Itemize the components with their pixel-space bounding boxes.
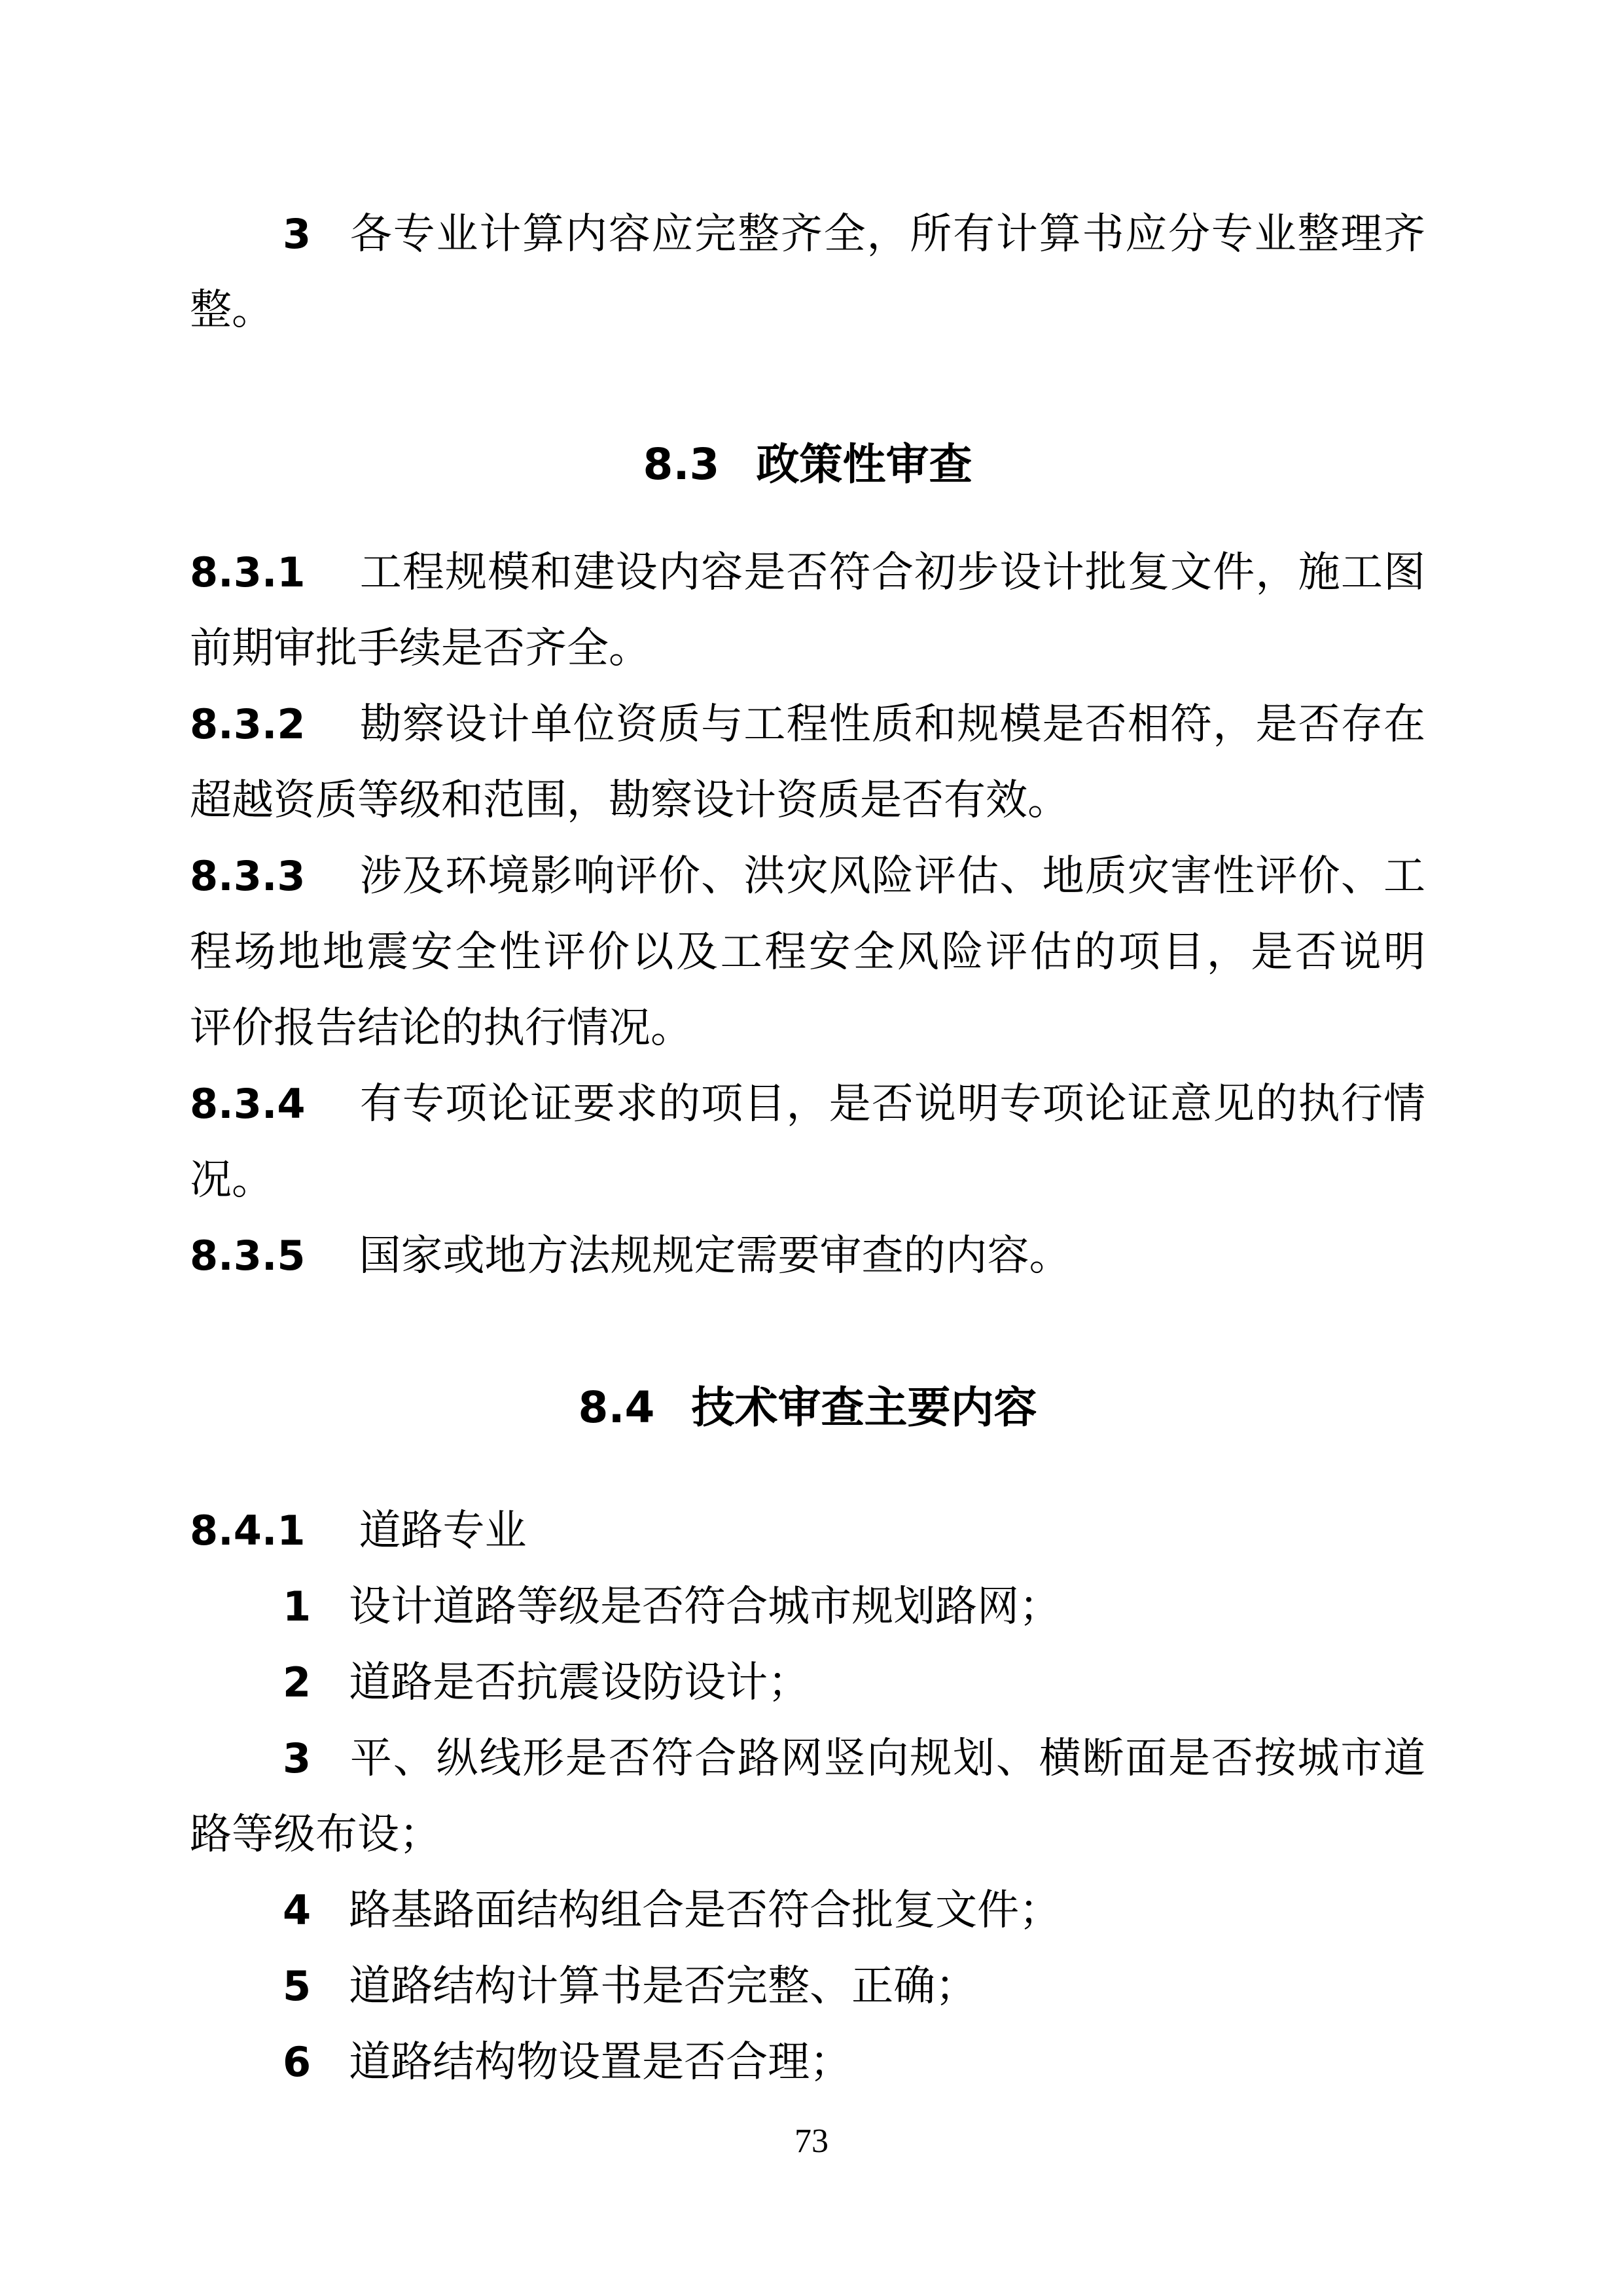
clause-line: 前期审批手续是否齐全。: [190, 611, 1425, 687]
page-content: 3各专业计算内容应完整齐全，所有计算书应分专业整理齐 整。 8.3政策性审查 8…: [0, 0, 1623, 2100]
clause-number: 8.3.2: [190, 700, 359, 748]
clause-8-3-4: 8.3.4有专项论证要求的项目，是否说明专项论证意见的执行情 况。: [190, 1066, 1425, 1218]
section-heading-8-4: 8.4技术审查主要内容: [190, 1370, 1425, 1446]
clause-line: 8.3.3涉及环境影响评价、洪灾风险评估、地质灾害性评价、工: [190, 838, 1425, 914]
clause-8-3-5: 8.3.5国家或地方法规规定需要审查的内容。: [190, 1218, 1425, 1294]
list-item-line: 6道路结构物设置是否合理；: [190, 2024, 1425, 2100]
section-title: 政策性审查: [756, 439, 972, 490]
item-text: 路等级布设；: [190, 1811, 441, 1857]
clause-8-4-1: 8.4.1道路专业: [190, 1493, 1425, 1569]
document-page: 3各专业计算内容应完整齐全，所有计算书应分专业整理齐 整。 8.3政策性审查 8…: [0, 0, 1623, 2296]
clause-line: 8.4.1道路专业: [190, 1493, 1425, 1569]
list-item-line: 路等级布设；: [190, 1797, 1425, 1873]
section-number: 8.3: [643, 439, 757, 490]
clause-text: 涉及环境影响评价、洪灾风险评估、地质灾害性评价、工: [359, 853, 1425, 899]
clause-number: 8.3.1: [190, 548, 359, 596]
item-number: 2: [283, 1659, 349, 1706]
paragraph-line: 整。: [190, 272, 1425, 348]
item-text: 道路结构物设置是否合理；: [349, 2039, 851, 2085]
list-item-2: 2道路是否抗震设防设计；: [190, 1645, 1425, 1721]
section-number: 8.4: [579, 1382, 692, 1433]
list-item-line: 1设计道路等级是否符合城市规划路网；: [190, 1569, 1425, 1645]
clause-line: 程场地地震安全性评价以及工程安全风险评估的项目，是否说明: [190, 914, 1425, 990]
clause-text: 超越资质等级和范围，勘察设计资质是否有效。: [190, 777, 1069, 823]
list-item-line: 4路基路面结构组合是否符合批复文件；: [190, 1873, 1425, 1948]
clause-text: 工程规模和建设内容是否符合初步设计批复文件，施工图: [359, 549, 1425, 596]
clause-line: 8.3.4有专项论证要求的项目，是否说明专项论证意见的执行情: [190, 1066, 1425, 1142]
clause-text: 程场地地震安全性评价以及工程安全风险评估的项目，是否说明: [190, 929, 1425, 975]
item-number: 6: [283, 2038, 349, 2086]
paragraph-text: 整。: [190, 287, 274, 333]
section-heading-8-3: 8.3政策性审查: [190, 427, 1425, 503]
clause-text: 评价报告结论的执行情况。: [190, 1005, 692, 1051]
item-text: 平、纵线形是否符合路网竖向规划、横断面是否按城市道: [349, 1735, 1425, 1782]
clause-text: 况。: [190, 1157, 274, 1203]
paragraph-item-3: 3各专业计算内容应完整齐全，所有计算书应分专业整理齐 整。: [190, 196, 1425, 348]
clause-text: 前期审批手续是否齐全。: [190, 625, 651, 672]
item-text: 路基路面结构组合是否符合批复文件；: [349, 1887, 1061, 1933]
list-item-1: 1设计道路等级是否符合城市规划路网；: [190, 1569, 1425, 1645]
paragraph-line: 3各专业计算内容应完整齐全，所有计算书应分专业整理齐: [190, 196, 1425, 272]
clause-text: 勘察设计单位资质与工程性质和规模是否相符，是否存在: [359, 701, 1425, 747]
clause-number: 8.3.4: [190, 1080, 359, 1128]
item-text: 道路结构计算书是否完整、正确；: [349, 1963, 977, 2009]
clause-line: 8.3.2勘察设计单位资质与工程性质和规模是否相符，是否存在: [190, 687, 1425, 762]
paragraph-text: 各专业计算内容应完整齐全，所有计算书应分专业整理齐: [349, 211, 1425, 257]
list-item-line: 5道路结构计算书是否完整、正确；: [190, 1948, 1425, 2024]
list-item-5: 5道路结构计算书是否完整、正确；: [190, 1948, 1425, 2024]
item-number: 4: [283, 1886, 349, 1934]
clause-number: 8.3.3: [190, 852, 359, 900]
section-title: 技术审查主要内容: [691, 1382, 1037, 1433]
clause-number: 8.4.1: [190, 1507, 359, 1554]
clause-8-3-3: 8.3.3涉及环境影响评价、洪灾风险评估、地质灾害性评价、工 程场地地震安全性评…: [190, 838, 1425, 1066]
clause-text: 国家或地方法规规定需要审查的内容。: [359, 1232, 1071, 1279]
clause-line: 超越资质等级和范围，勘察设计资质是否有效。: [190, 762, 1425, 838]
item-number: 5: [283, 1962, 349, 2010]
clause-line: 8.3.1工程规模和建设内容是否符合初步设计批复文件，施工图: [190, 535, 1425, 611]
clause-text: 道路专业: [359, 1507, 527, 1554]
clause-line: 8.3.5国家或地方法规规定需要审查的内容。: [190, 1218, 1425, 1294]
list-item-line: 3平、纵线形是否符合路网竖向规划、横断面是否按城市道: [190, 1721, 1425, 1797]
clause-number: 8.3.5: [190, 1232, 359, 1280]
clause-line: 评价报告结论的执行情况。: [190, 990, 1425, 1066]
clause-line: 况。: [190, 1142, 1425, 1218]
list-item-3: 3平、纵线形是否符合路网竖向规划、横断面是否按城市道 路等级布设；: [190, 1721, 1425, 1873]
item-text: 设计道路等级是否符合城市规划路网；: [349, 1583, 1061, 1630]
page-number: 73: [0, 2118, 1623, 2165]
item-number: 3: [283, 1734, 349, 1782]
item-number: 3: [283, 210, 349, 258]
clause-8-3-2: 8.3.2勘察设计单位资质与工程性质和规模是否相符，是否存在 超越资质等级和范围…: [190, 687, 1425, 838]
list-item-6: 6道路结构物设置是否合理；: [190, 2024, 1425, 2100]
clause-text: 有专项论证要求的项目，是否说明专项论证意见的执行情: [359, 1081, 1425, 1127]
item-number: 1: [283, 1583, 349, 1630]
item-text: 道路是否抗震设防设计；: [349, 1659, 810, 1706]
list-item-line: 2道路是否抗震设防设计；: [190, 1645, 1425, 1721]
list-item-4: 4路基路面结构组合是否符合批复文件；: [190, 1873, 1425, 1948]
clause-8-3-1: 8.3.1工程规模和建设内容是否符合初步设计批复文件，施工图 前期审批手续是否齐…: [190, 535, 1425, 687]
